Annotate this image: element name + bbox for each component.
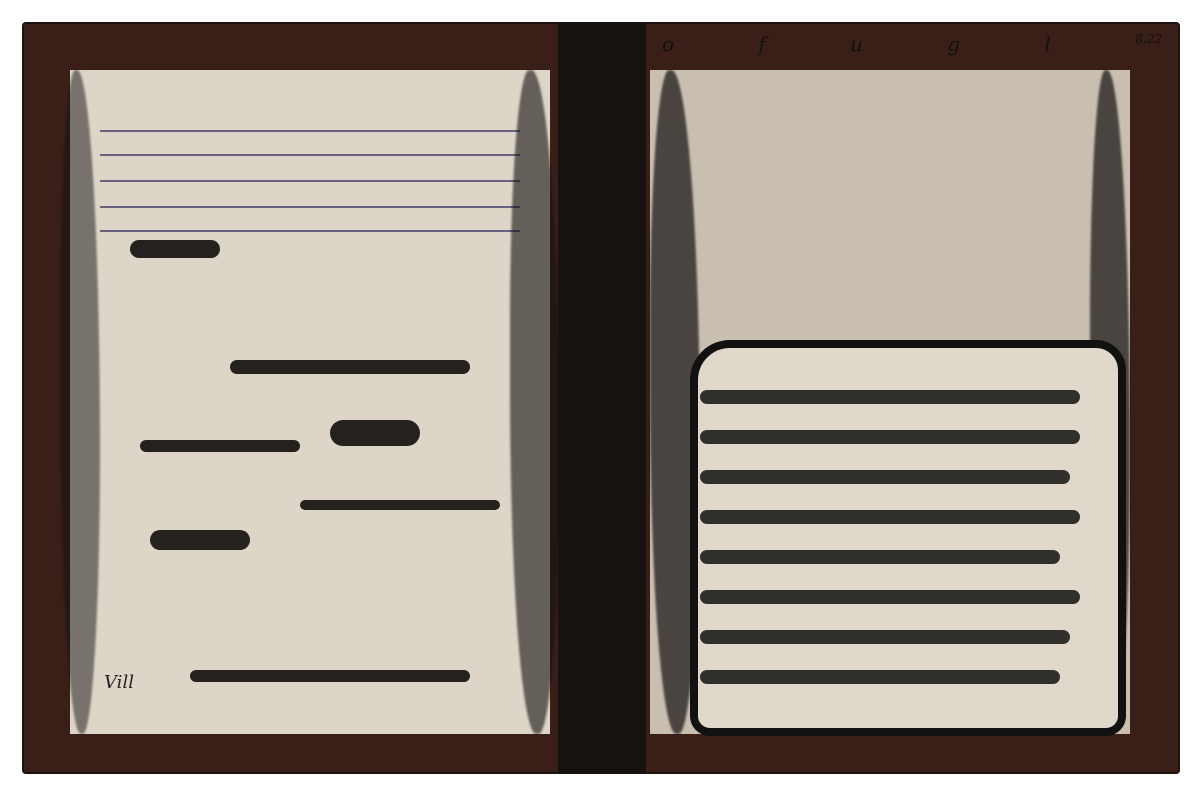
inscription: o f u g l 8.22 [662,32,1162,56]
letter: f [758,32,765,56]
letter: o [662,32,674,56]
signature: Vill [104,672,134,693]
left-panel [70,70,550,734]
letter: u [850,32,863,56]
date: 8.22 [1135,32,1162,56]
letter: l [1045,32,1051,56]
spine [558,22,646,774]
letter: g [947,32,960,56]
